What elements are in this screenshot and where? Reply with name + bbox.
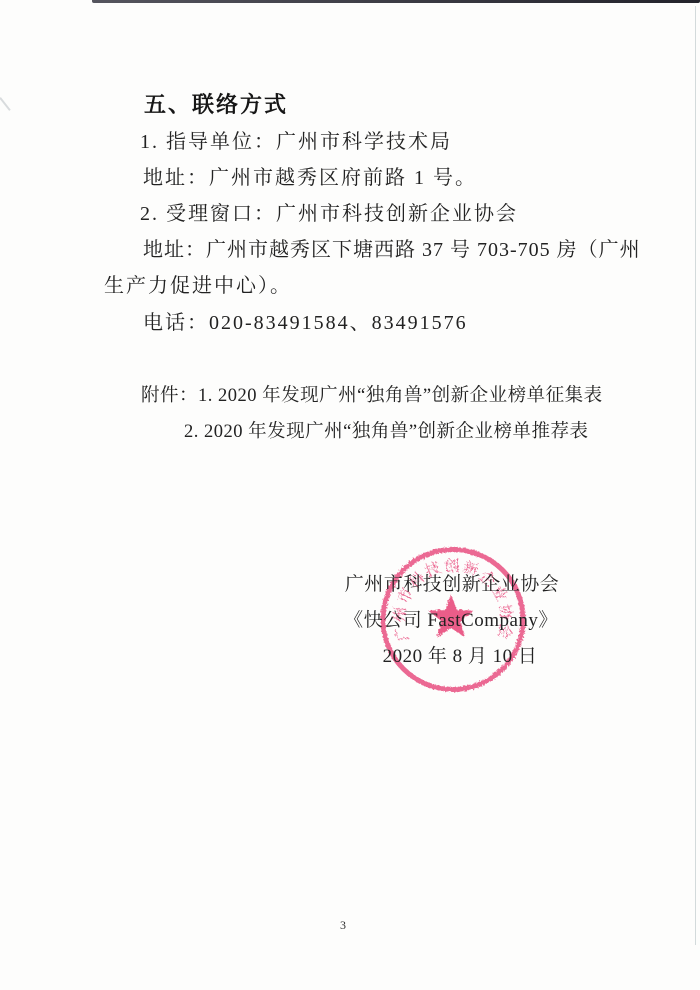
attachment-label: 附件： [141,386,198,406]
signature-org: 广州市科技创新企业协会 [345,574,560,596]
body-line-guiding-address: 地址：广州市越秀区府前路 1 号。 [143,167,477,190]
attachment-item-1: 1. 2020 年发现广州“独角兽”创新企业榜单征集表 [198,386,603,406]
scanned-document-page: 广州市科技创新企业协会 五、联络方式 1. 指导单位：广州市科学技术局 地址：广… [0,0,700,990]
signature-date: 2020 年 8 月 10 日 [383,646,538,668]
body-line-guiding-unit: 1. 指导单位：广州市科学技术局 [140,131,452,154]
attachment-item-2: 2. 2020 年发现广州“独角兽”创新企业榜单推荐表 [184,422,589,443]
body-line-acceptance-window: 2. 受理窗口：广州市科技创新企业协会 [140,203,518,226]
body-line-phone: 电话：020-83491584、83491576 [143,312,468,335]
document-text-layer: 五、联络方式 1. 指导单位：广州市科学技术局 地址：广州市越秀区府前路 1 号… [0,0,700,990]
body-line-window-address-cont: 生产力促进中心）。 [104,275,292,298]
page-number: 3 [340,919,346,933]
body-line-window-address: 地址：广州市越秀区下塘西路 37 号 703-705 房（广州 [143,239,641,262]
signature-co-signer: 《快公司 FastCompany》 [344,610,558,632]
section-heading: 五、联络方式 [144,92,288,117]
attachment-line-1: 附件：1. 2020 年发现广州“独角兽”创新企业榜单征集表 [141,386,603,407]
